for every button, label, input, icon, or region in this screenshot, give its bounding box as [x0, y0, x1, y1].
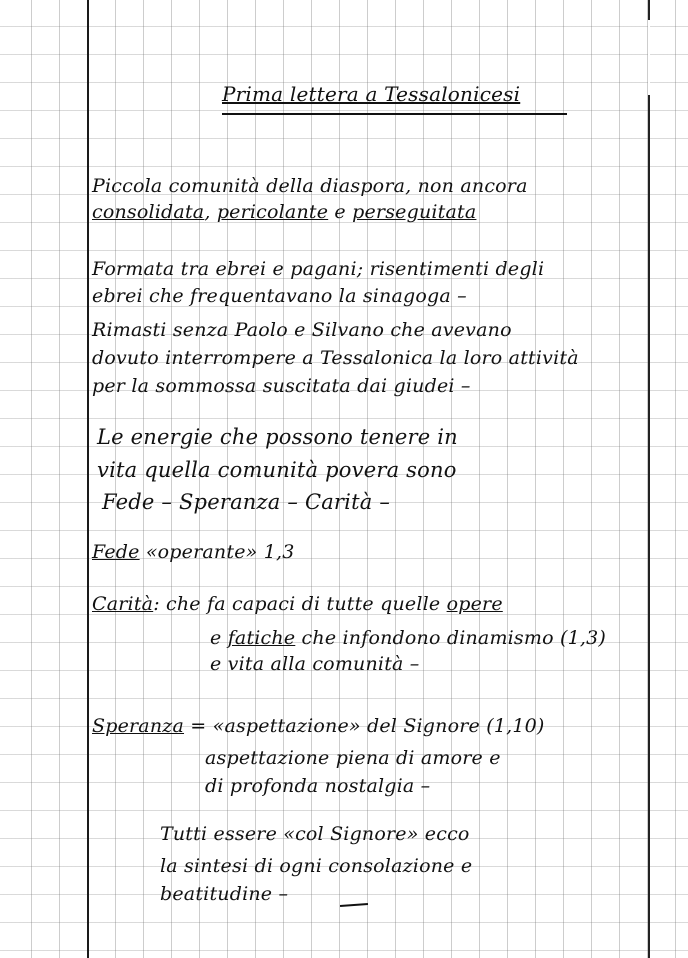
closing-dash	[340, 903, 368, 907]
heading-carita: Carità	[92, 593, 153, 615]
speranza-line-2: aspettazione piena di amore e	[205, 744, 501, 772]
closing-line-3: beatitudine –	[160, 880, 288, 908]
paragraph-1-line-1: Piccola comunità della diaspora, non anc…	[92, 172, 528, 200]
left-margin-line	[87, 0, 89, 958]
closing-line-1: Tutti essere «col Signore» ecco	[160, 820, 470, 848]
underlined-word: consolidata	[92, 201, 204, 223]
paragraph-2-line-5: per la sommossa suscitata dai giudei –	[92, 372, 471, 400]
text-fragment: = «aspettazione» del Signore (1,10)	[184, 715, 545, 737]
paragraph-3-line-1: Le energie che possono tenere in	[97, 423, 458, 451]
text-fragment: che infondono dinamismo (1,3)	[295, 627, 606, 649]
paragraph-2-line-1: Formata tra ebrei e pagani; risentimenti…	[92, 255, 544, 283]
speranza-line-3: di profonda nostalgia –	[205, 772, 430, 800]
paragraph-2-line-2: ebrei che frequentavano la sinagoga –	[92, 282, 467, 310]
speranza-line-1: Speranza = «aspettazione» del Signore (1…	[92, 712, 545, 740]
notebook-page: Prima lettera a Tessalonicesi Piccola co…	[0, 0, 688, 958]
heading-speranza: Speranza	[92, 715, 184, 737]
text-fragment: «operante» 1,3	[140, 541, 295, 563]
title-underline	[222, 113, 567, 115]
carita-line-3: e vita alla comunità –	[210, 650, 420, 678]
right-margin-gap	[648, 20, 650, 95]
paragraph-3-line-2: vita quella comunità povera sono	[97, 456, 457, 484]
paragraph-1-line-2: consolidata, pericolante e perseguitata	[92, 198, 476, 226]
paragraph-3-line-3: Fede – Speranza – Carità –	[102, 488, 390, 516]
underlined-word: fatiche	[228, 627, 296, 649]
carita-line-2: e fatiche che infondono dinamismo (1,3)	[210, 624, 606, 652]
fede-line: Fede «operante» 1,3	[92, 538, 295, 566]
closing-line-2: la sintesi di ogni consolazione e	[160, 852, 472, 880]
underlined-word: pericolante	[217, 201, 328, 223]
text-fragment: ,	[204, 201, 216, 223]
text-fragment: e	[210, 627, 228, 649]
text-fragment: e	[328, 201, 352, 223]
page-title: Prima lettera a Tessalonicesi	[222, 80, 520, 108]
underlined-word: perseguitata	[352, 201, 476, 223]
carita-line-1: Carità: che fa capaci di tutte quelle op…	[92, 590, 503, 618]
heading-fede: Fede	[92, 541, 140, 563]
paragraph-2-line-4: dovuto interrompere a Tessalonica la lor…	[92, 344, 579, 372]
paragraph-2-line-3: Rimasti senza Paolo e Silvano che avevan…	[92, 316, 512, 344]
text-fragment: : che fa capaci di tutte quelle	[153, 593, 446, 615]
underlined-word: opere	[447, 593, 503, 615]
right-margin-line	[648, 0, 650, 958]
